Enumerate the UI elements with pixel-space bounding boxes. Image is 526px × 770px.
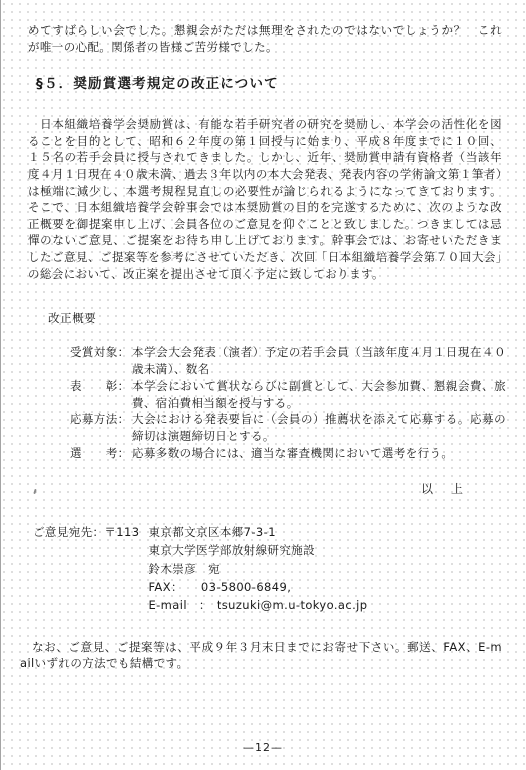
item-term: 表 彰：	[70, 378, 132, 395]
item-definition: 大会における発表要旨に（会員の）推薦状を添えて応募する。応募の締切は演題締切日と…	[132, 411, 506, 445]
contact-address-line: 東京都文京区本郷7-3-1	[148, 523, 526, 541]
section-heading: §５．奨励賞選考規定の改正について	[36, 72, 526, 92]
list-item-commendation: 表 彰： 本学会において賞状ならびに副賞として、大会参加費、懇親会費、旅費、宿泊…	[70, 378, 506, 412]
intro-paragraph: めてすばらしい会でした。懇親会がただは無理をされたのではないでしょうか？ これが…	[28, 22, 502, 55]
body-paragraph: 日本組織培養学会奨励賞は、有能な若手研究者の研究を奨励し、本学会の活性化を図るこ…	[28, 116, 502, 282]
item-definition: 本学会大会発表（演者）予定の若手会員（当該年度４月１日現在４０歳未満）、数名	[132, 344, 506, 378]
contact-block: ご意見宛先： 〒113 東京都文京区本郷7-3-1 東京大学医学部放射線研究施設…	[33, 523, 526, 615]
item-term: 応募方法：	[70, 411, 132, 428]
contact-lines: 東京都文京区本郷7-3-1 東京大学医学部放射線研究施設 鈴木崇彦 宛 FAX：…	[148, 523, 526, 615]
item-term: 選 考：	[70, 445, 132, 462]
list-item-award-target: 受賞対象： 本学会大会発表（演者）予定の若手会員（当該年度４月１日現在４０歳未満…	[70, 344, 506, 378]
contact-recipient-line: 鈴木崇彦 宛	[148, 560, 526, 578]
item-term: 受賞対象：	[70, 344, 132, 361]
contact-postal-code: 〒113	[104, 523, 139, 541]
revision-summary-list: 受賞対象： 本学会大会発表（演者）予定の若手会員（当該年度４月１日現在４０歳未満…	[70, 344, 506, 462]
scanned-document-page: めてすばらしい会でした。懇親会がただは無理をされたのではないでしょうか？ これが…	[0, 0, 526, 770]
list-item-selection: 選 考： 応募多数の場合には、適当な審査機関において選考を行う。	[70, 445, 506, 462]
contact-fax-line: FAX： 03-5800-6849,	[148, 578, 526, 596]
contact-email-line: E-mail ： tsuzuki@m.u-tokyo.ac.jp	[148, 596, 526, 614]
closing-paragraph: なお、ご意見、ご提案等は、平成９年３月末日までにお寄せ下さい。郵送、FAX、E-…	[20, 639, 502, 672]
scan-edge-line	[0, 0, 1, 770]
item-definition: 応募多数の場合には、適当な審査機関において選考を行う。	[132, 445, 506, 462]
page-number: —12—	[0, 741, 526, 754]
contact-label: ご意見宛先：	[33, 523, 104, 541]
summary-label: 改正概要	[48, 310, 526, 326]
list-item-application-method: 応募方法： 大会における発表要旨に（会員の）推薦状を添えて応募する。応募の締切は…	[70, 411, 506, 445]
closing-mark: 以 上	[0, 480, 466, 497]
item-definition: 本学会において賞状ならびに副賞として、大会参加費、懇親会費、旅費、宿泊費相当額を…	[132, 378, 506, 412]
contact-institution-line: 東京大学医学部放射線研究施設	[148, 541, 526, 559]
